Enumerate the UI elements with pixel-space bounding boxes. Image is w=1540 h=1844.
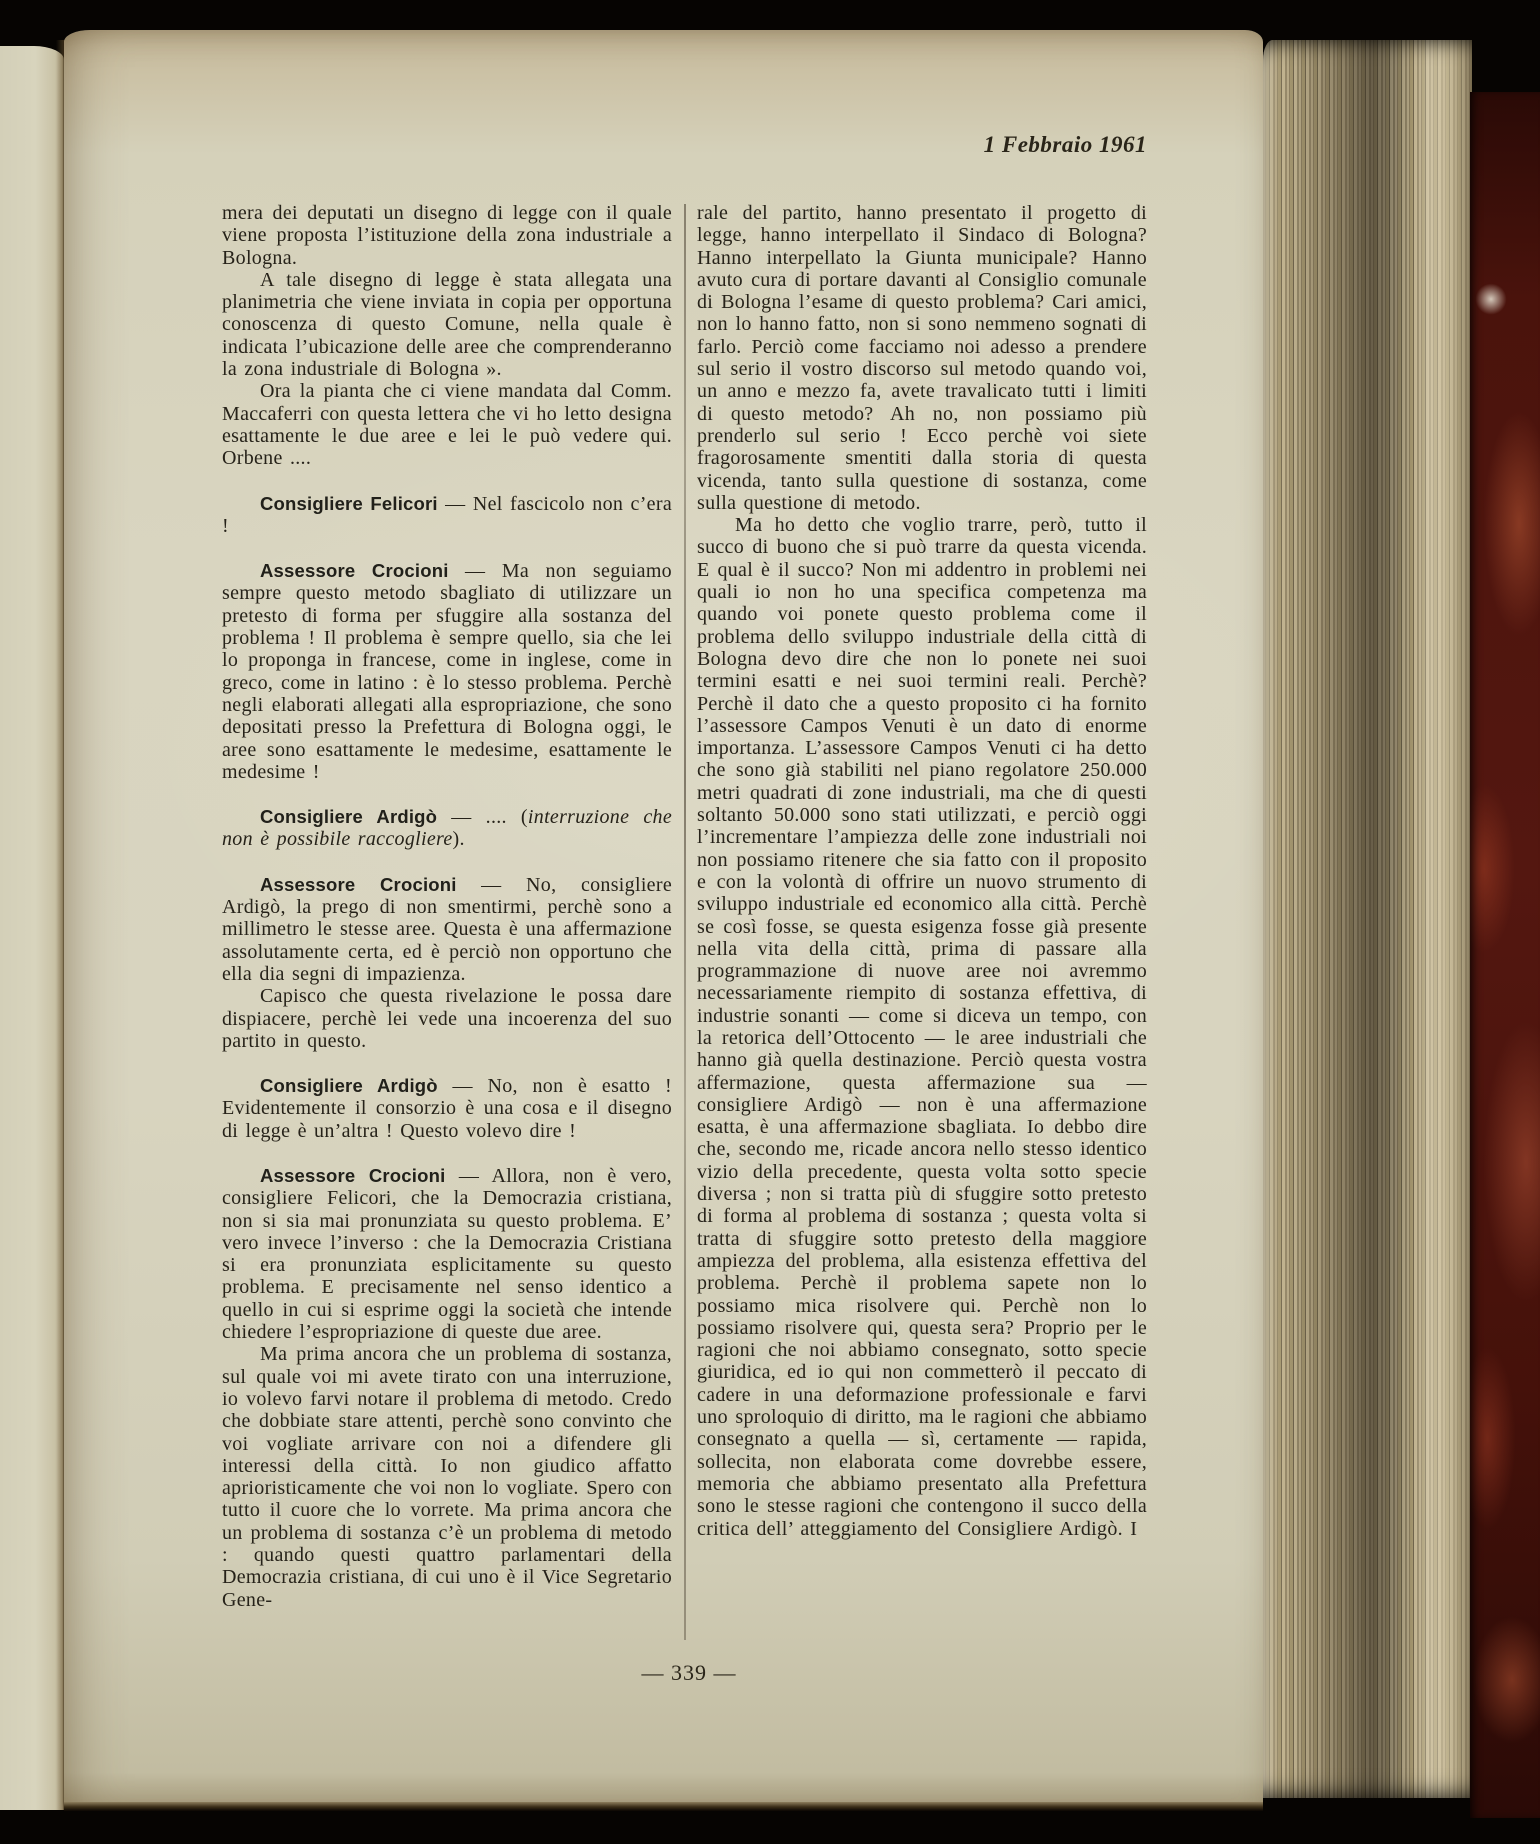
speaker-name: Consigliere Ardigò — [260, 806, 437, 827]
paragraph: Ma ho detto che voglio trarre, però, tut… — [697, 514, 1147, 1540]
paragraph: Capisco che questa rivelazione le possa … — [222, 985, 672, 1052]
speech-paragraph: Assessore Crocioni — No, consigliere Ard… — [222, 874, 672, 985]
speaker-name: Consigliere Ardigò — [260, 1075, 438, 1096]
book-page: 1 Febbraio 1961 mera dei deputati un dis… — [64, 30, 1263, 1808]
facing-page-edge — [0, 46, 64, 1810]
marbled-cover-edge — [1470, 92, 1540, 1818]
speech-paragraph: Assessore Crocioni — Allora, non è vero,… — [222, 1165, 672, 1343]
speaker-name: Assessore Crocioni — [260, 1165, 445, 1186]
speech-paragraph: Consigliere Ardigò — No, non è esatto ! … — [222, 1075, 672, 1142]
page-stack-fore-edge — [1263, 40, 1472, 1798]
paragraph: rale del partito, hanno presentato il pr… — [697, 202, 1147, 514]
speech-paragraph: Consigliere Ardigò — .... (interruzione … — [222, 806, 672, 851]
speech-paragraph: Consigliere Felicori — Nel fascicolo non… — [222, 493, 672, 538]
page-number: — 339 — — [514, 1660, 864, 1686]
paragraph: A tale disegno di legge è stata allegata… — [222, 269, 672, 380]
speaker-name: Assessore Crocioni — [260, 560, 449, 581]
text-column-left: mera dei deputati un disegno di legge co… — [222, 202, 672, 1611]
page-header-date: 1 Febbraio 1961 — [697, 132, 1147, 158]
book-photo-scene: 1 Febbraio 1961 mera dei deputati un dis… — [0, 0, 1540, 1844]
speaker-name: Consigliere Felicori — [260, 493, 438, 514]
speech-paragraph: Assessore Crocioni — Ma non seguiamo sem… — [222, 560, 672, 783]
column-divider-rule — [684, 204, 686, 1640]
paragraph: Ma prima ancora che un problema di sosta… — [222, 1343, 672, 1611]
text-column-right: rale del partito, hanno presentato il pr… — [697, 202, 1147, 1540]
page-bottom-edge — [64, 1802, 1263, 1811]
paragraph: mera dei deputati un disegno di legge co… — [222, 202, 672, 269]
paragraph: Ora la pianta che ci viene mandata dal C… — [222, 380, 672, 469]
speaker-name: Assessore Crocioni — [260, 874, 457, 895]
